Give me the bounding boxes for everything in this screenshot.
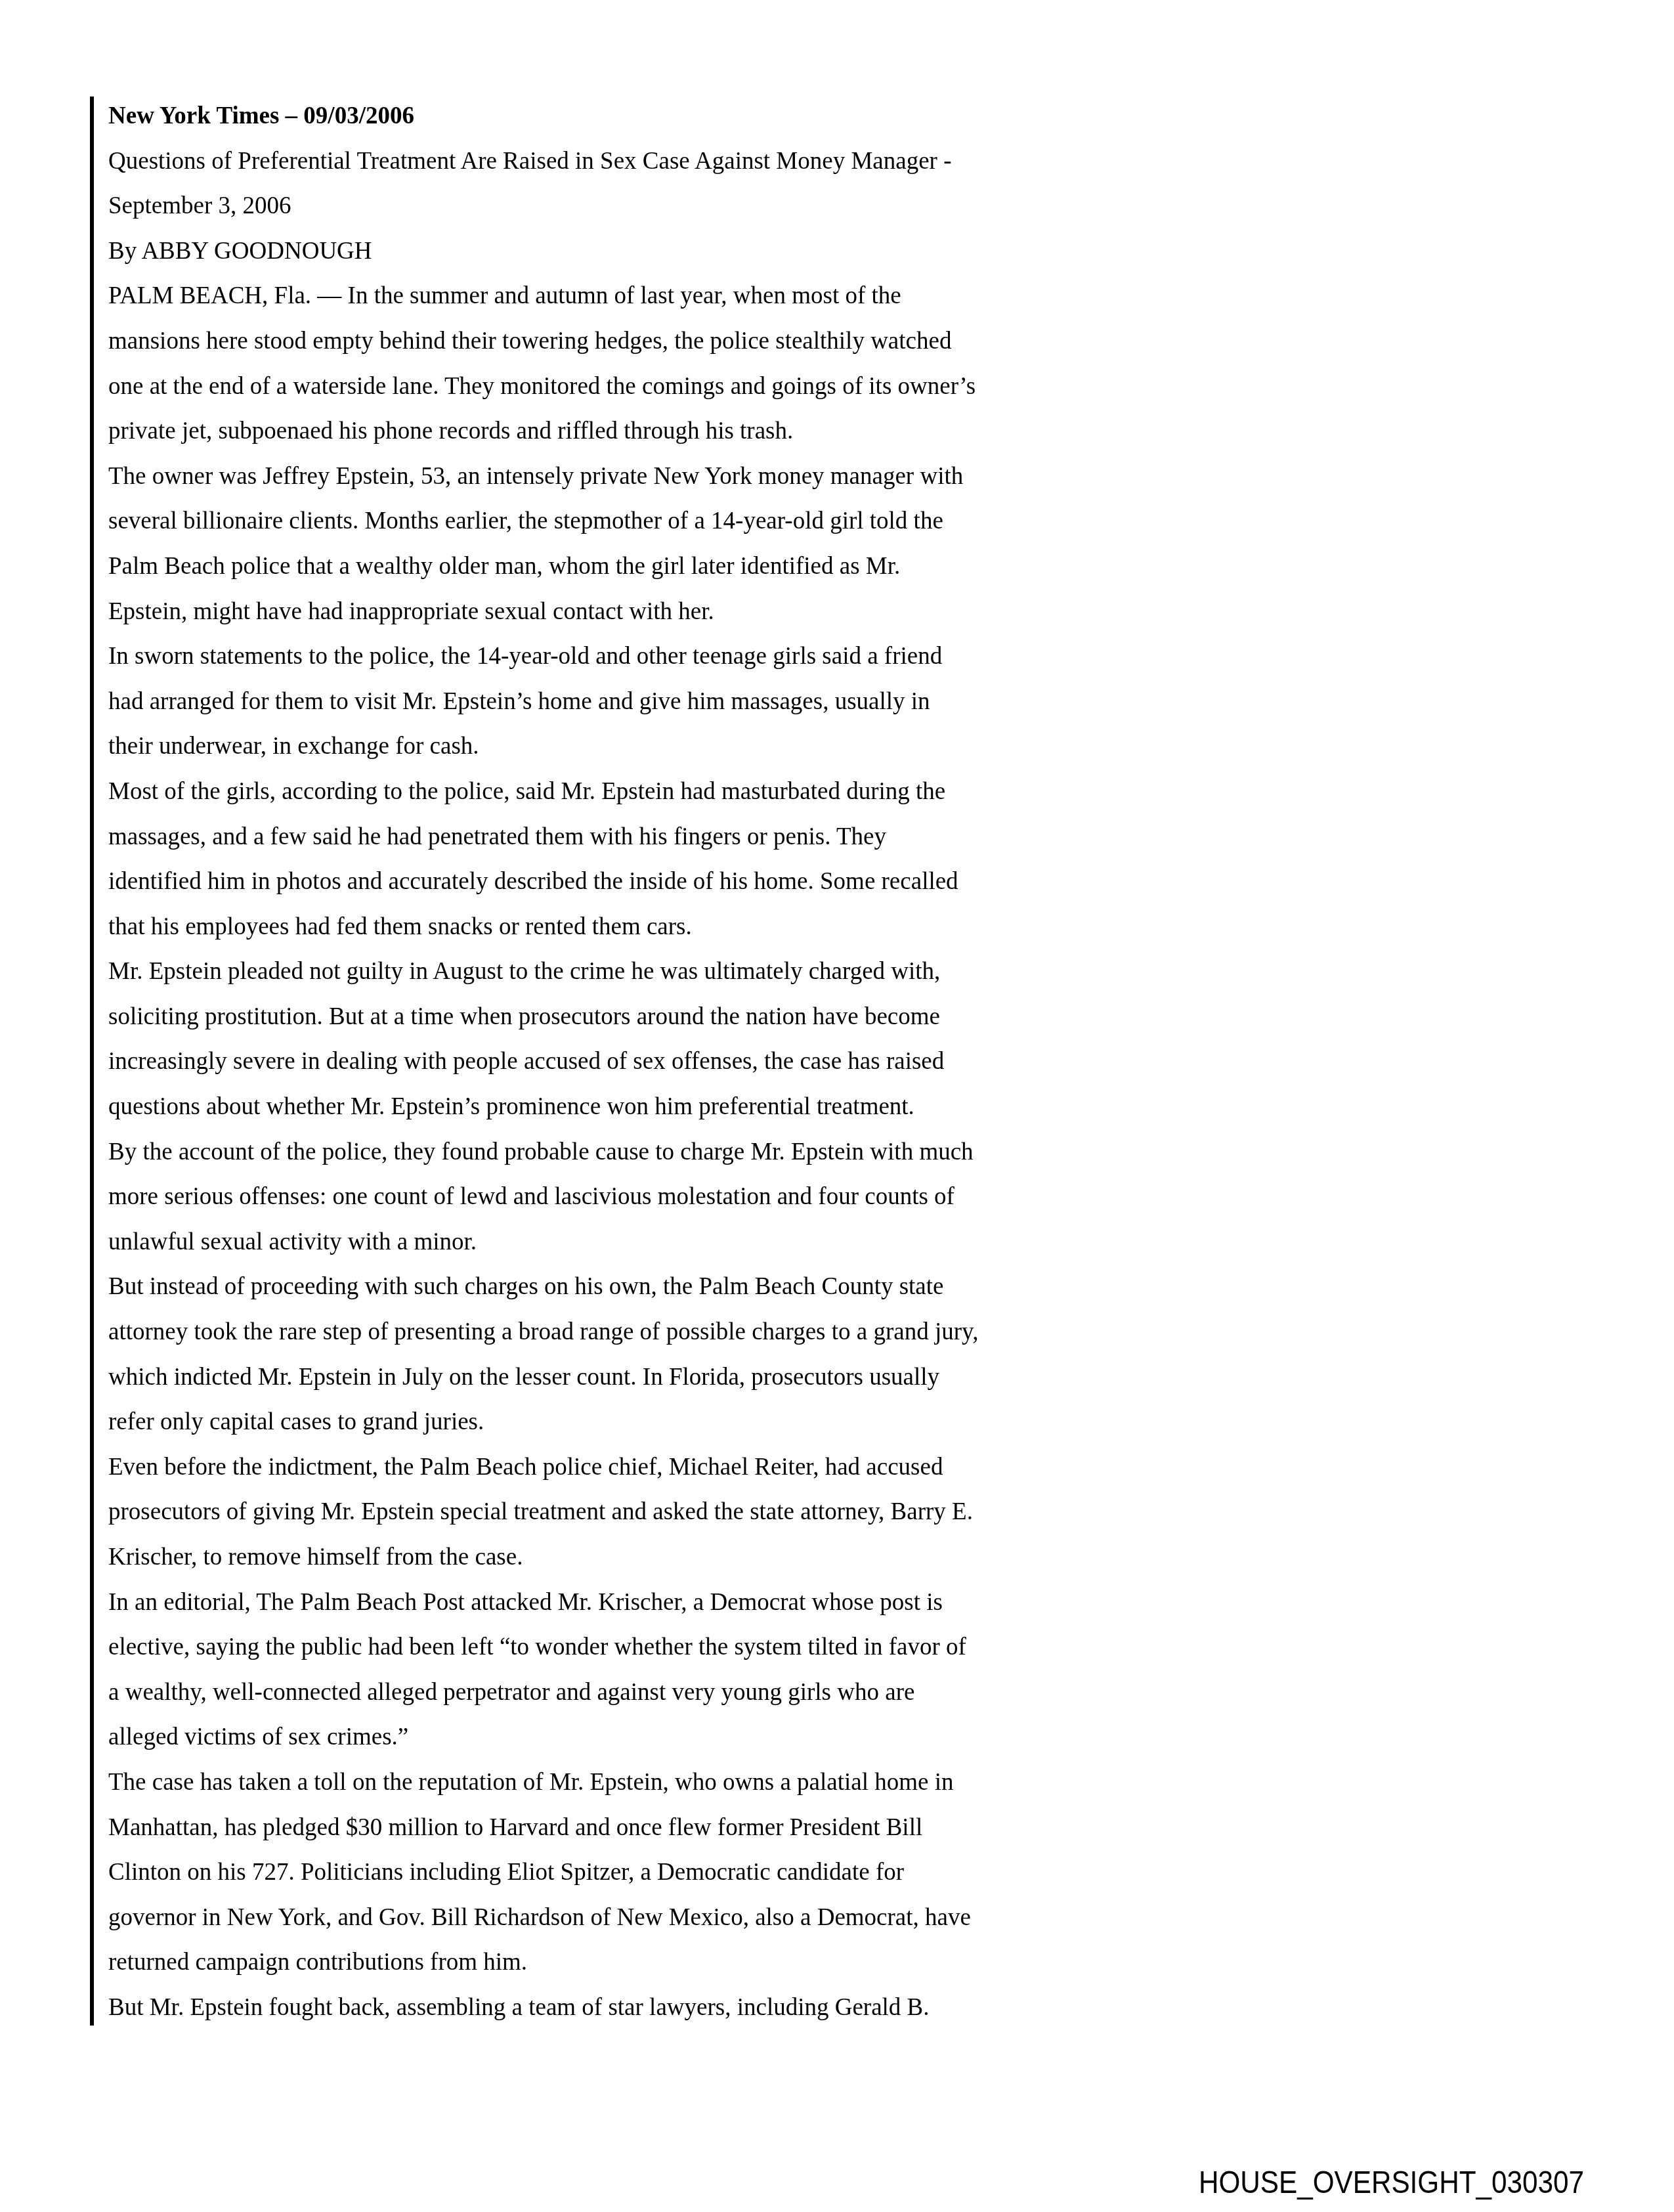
body-line: mansions here stood empty behind their t… (108, 319, 1132, 364)
headline-date-line: September 3, 2006 (108, 184, 1132, 229)
body-line: several billionaire clients. Months earl… (108, 499, 1132, 544)
body-line: In sworn statements to the police, the 1… (108, 634, 1132, 680)
body-line: By the account of the police, they found… (108, 1130, 1132, 1175)
body-line: Even before the indictment, the Palm Bea… (108, 1445, 1132, 1490)
body-line: identified him in photos and accurately … (108, 859, 1132, 905)
body-line: Krischer, to remove himself from the cas… (108, 1535, 1132, 1580)
body-line: elective, saying the public had been lef… (108, 1625, 1132, 1670)
body-line: one at the end of a waterside lane. They… (108, 364, 1132, 410)
body-line: Most of the girls, according to the poli… (108, 770, 1132, 815)
article-text: New York Times – 09/03/2006 Questions of… (108, 94, 1132, 2031)
body-line: increasingly severe in dealing with peop… (108, 1039, 1132, 1085)
body-line: Epstein, might have had inappropriate se… (108, 590, 1132, 635)
body-line: had arranged for them to visit Mr. Epste… (108, 680, 1132, 725)
body-line: alleged victims of sex crimes.” (108, 1715, 1132, 1760)
body-line: unlawful sexual activity with a minor. (108, 1220, 1132, 1265)
body-line: refer only capital cases to grand juries… (108, 1400, 1132, 1445)
source-line: New York Times – 09/03/2006 (108, 94, 1132, 139)
body-line: massages, and a few said he had penetrat… (108, 815, 1132, 860)
body-line: their underwear, in exchange for cash. (108, 724, 1132, 770)
body-line: But Mr. Epstein fought back, assembling … (108, 1985, 1132, 2031)
headline-line: Questions of Preferential Treatment Are … (108, 139, 1132, 184)
body-line: returned campaign contributions from him… (108, 1940, 1132, 1985)
bates-number: HOUSE_OVERSIGHT_030307 (1199, 2165, 1584, 2201)
body-line: soliciting prostitution. But at a time w… (108, 995, 1132, 1040)
document-page: New York Times – 09/03/2006 Questions of… (0, 0, 1674, 2212)
body-line: Mr. Epstein pleaded not guilty in August… (108, 949, 1132, 995)
byline: By ABBY GOODNOUGH (108, 229, 1132, 274)
body-line: which indicted Mr. Epstein in July on th… (108, 1355, 1132, 1400)
body-line: attorney took the rare step of presentin… (108, 1310, 1132, 1355)
body-line: governor in New York, and Gov. Bill Rich… (108, 1896, 1132, 1941)
body-line: The owner was Jeffrey Epstein, 53, an in… (108, 454, 1132, 500)
body-line: questions about whether Mr. Epstein’s pr… (108, 1085, 1132, 1130)
body-line: The case has taken a toll on the reputat… (108, 1760, 1132, 1806)
body-line: that his employees had fed them snacks o… (108, 905, 1132, 950)
body-line: a wealthy, well-connected alleged perpet… (108, 1670, 1132, 1716)
body-line: private jet, subpoenaed his phone record… (108, 409, 1132, 454)
body-line: Manhattan, has pledged $30 million to Ha… (108, 1806, 1132, 1851)
body-line: Clinton on his 727. Politicians includin… (108, 1850, 1132, 1896)
revision-change-bar (90, 97, 94, 2026)
body-line: But instead of proceeding with such char… (108, 1265, 1132, 1310)
body-line: more serious offenses: one count of lewd… (108, 1175, 1132, 1220)
body-line: prosecutors of giving Mr. Epstein specia… (108, 1490, 1132, 1535)
body-line: PALM BEACH, Fla. — In the summer and aut… (108, 274, 1132, 319)
body-line: Palm Beach police that a wealthy older m… (108, 544, 1132, 590)
body-line: In an editorial, The Palm Beach Post att… (108, 1580, 1132, 1626)
